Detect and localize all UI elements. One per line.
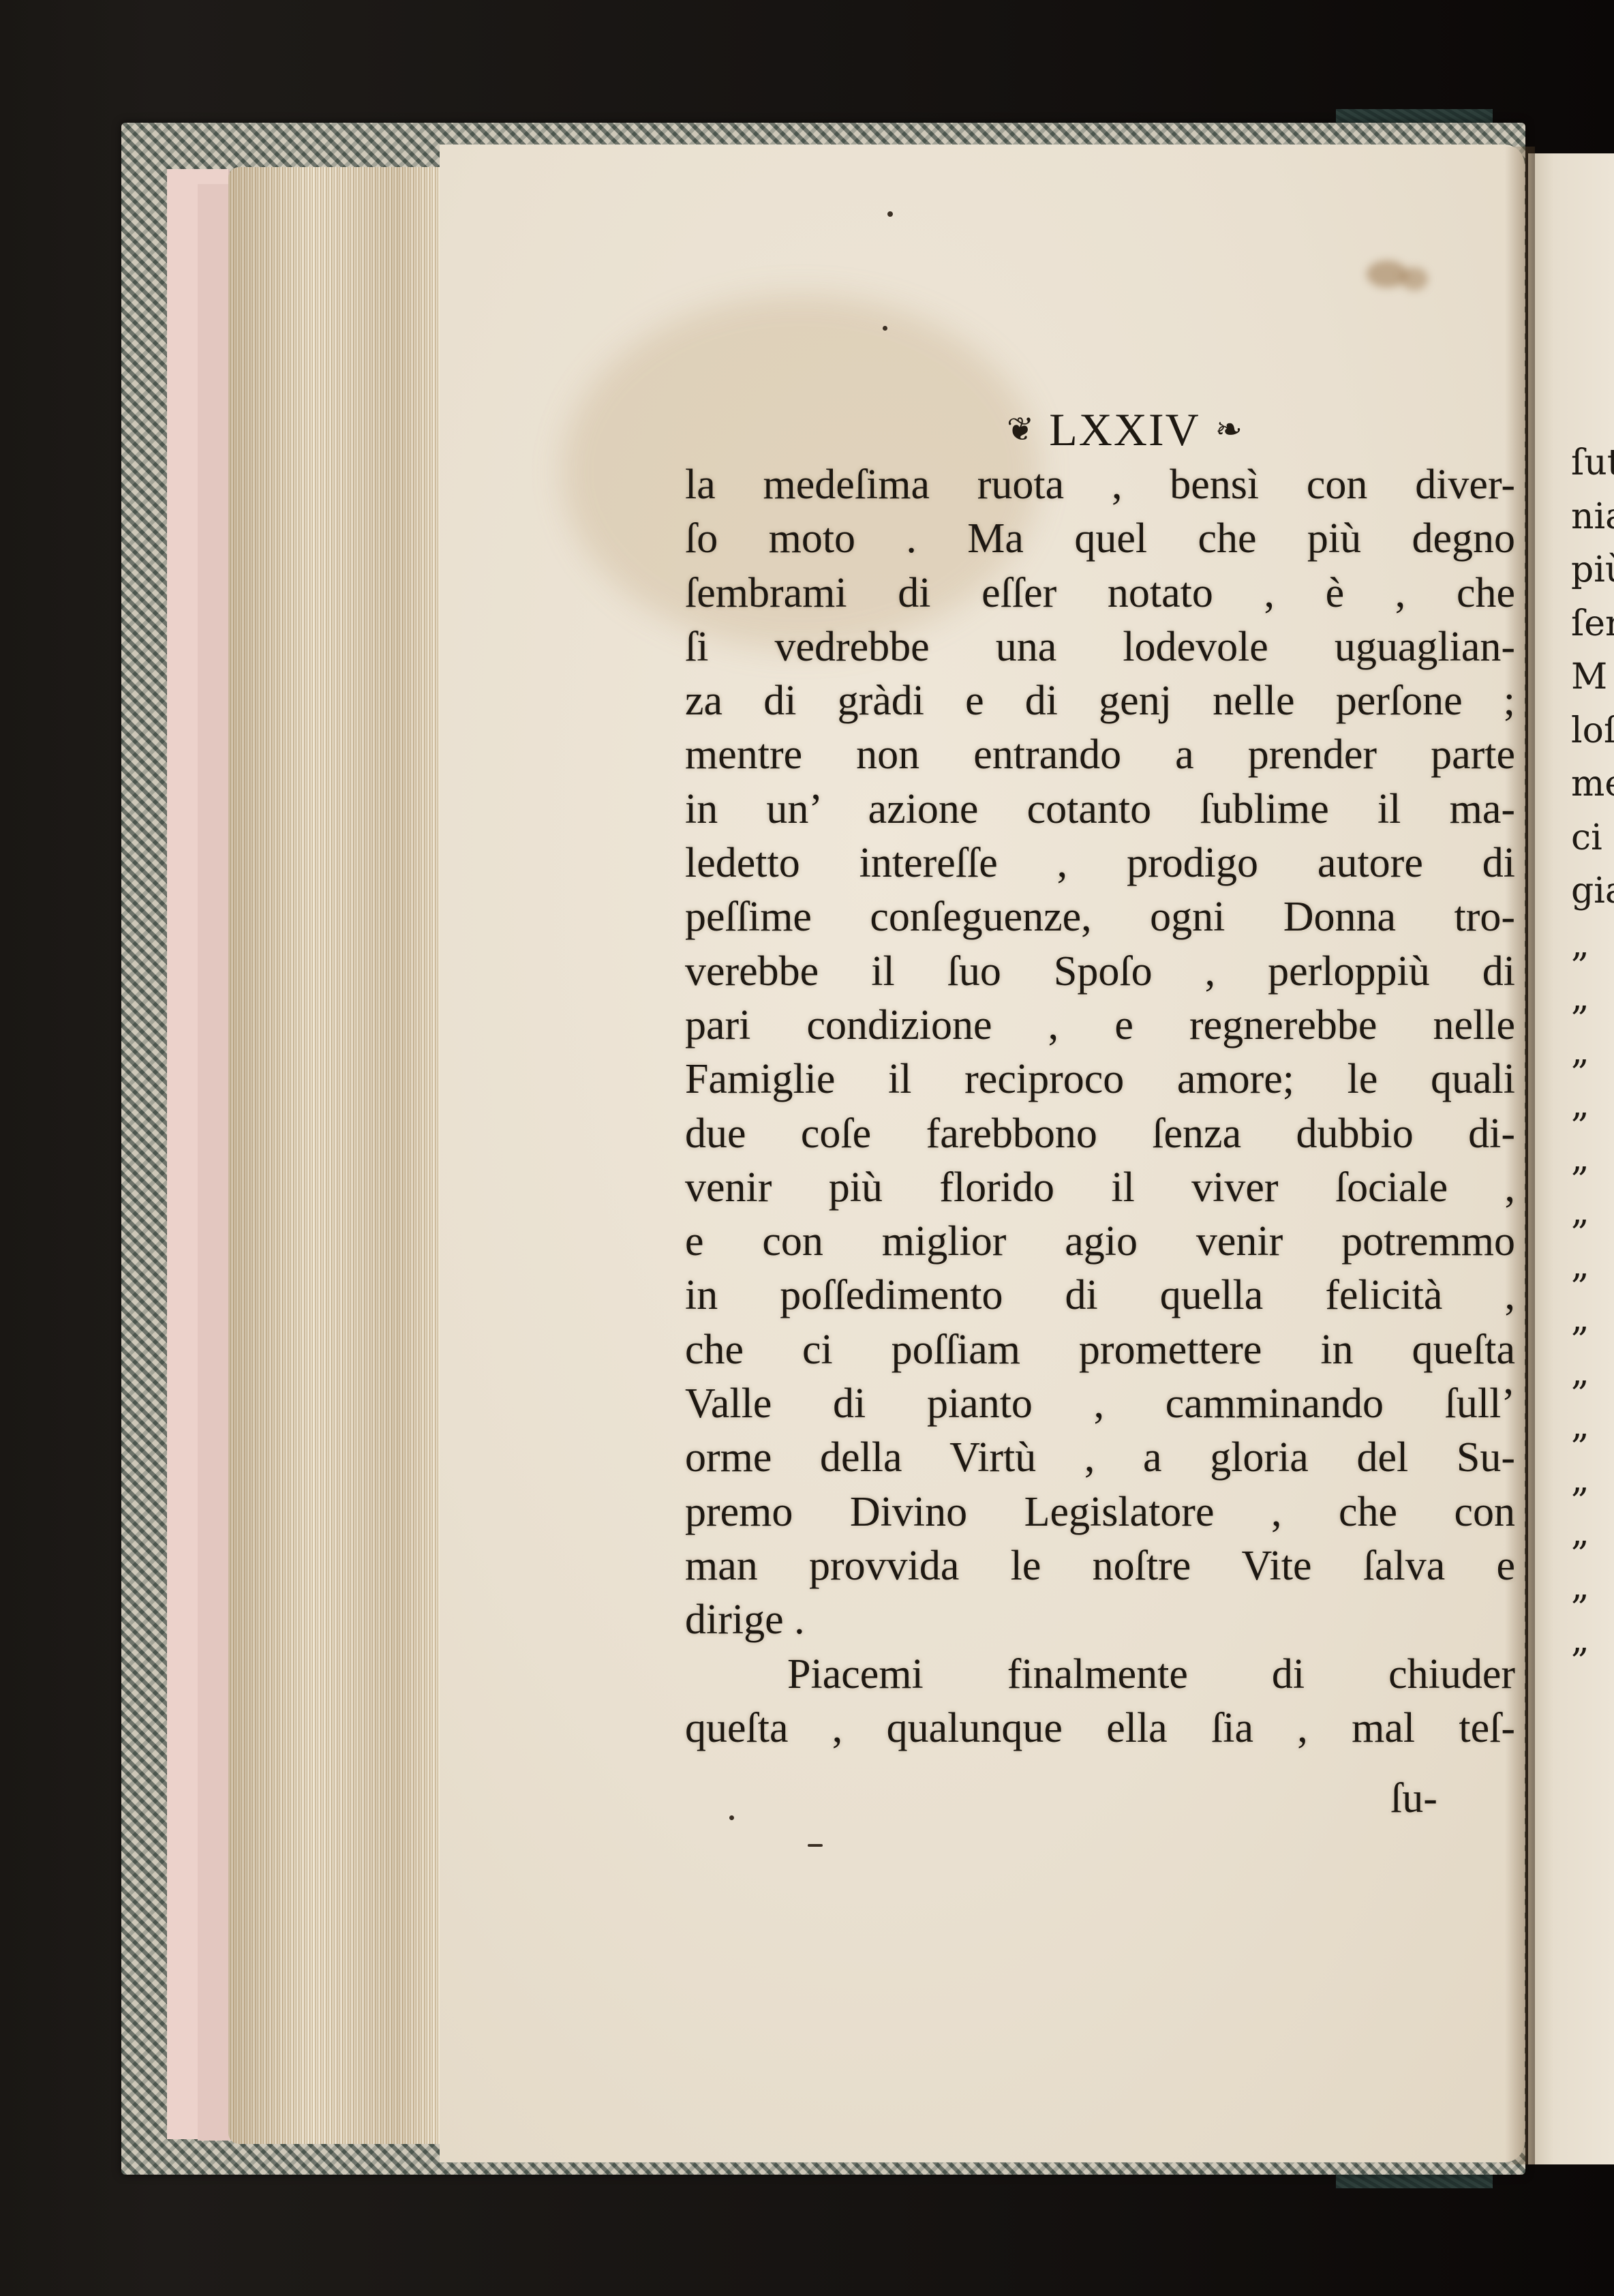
text-line: ſi vedrebbe una lodevole uguaglian- xyxy=(685,620,1515,674)
facing-line: più xyxy=(1571,543,1614,597)
facing-line: „ xyxy=(1571,971,1614,1025)
facing-line: „ xyxy=(1571,1507,1614,1560)
text-line: mentre non entrando a prender parte xyxy=(685,728,1515,782)
facing-line: „ xyxy=(1571,1560,1614,1614)
facing-line: „ xyxy=(1571,1614,1614,1667)
facing-line: „ xyxy=(1571,918,1614,972)
text-line-paragraph-end: dirige . xyxy=(685,1593,1515,1647)
facing-line: „ xyxy=(1571,1025,1614,1079)
text-line: orme della Virtù , a gloria del Su- xyxy=(685,1431,1515,1485)
text-line: man provvida le noſtre Vite ſalva e xyxy=(685,1539,1515,1593)
text-line: in un’ azione cotanto ſublime il ma- xyxy=(685,783,1515,836)
running-head: ❦ LXXIV ❧ xyxy=(947,402,1302,457)
facing-line: nia xyxy=(1571,490,1614,544)
page-number: LXXIV xyxy=(1049,403,1200,457)
paper-speck xyxy=(883,326,887,331)
text-line: venir più florido il viver ſociale , xyxy=(685,1161,1515,1215)
facing-line: „ xyxy=(1571,1185,1614,1239)
text-line: Valle di pianto , camminando ſull’ xyxy=(685,1377,1515,1431)
text-line-paragraph-start: Piacemi finalmente di chiuder xyxy=(685,1648,1515,1702)
text-line: premo Divino Legislatore , che con xyxy=(685,1485,1515,1539)
facing-line: ci xyxy=(1571,811,1614,865)
text-line: in poſſedimento di quella felicità , xyxy=(685,1269,1515,1323)
page-body-text: la medeſima ruota , bensì con diver- ſo … xyxy=(685,458,1515,1755)
page-block-shading xyxy=(228,167,440,2144)
facing-line: „ xyxy=(1571,1400,1614,1453)
text-line: ledetto intereſſe , prodigo autore di xyxy=(685,836,1515,890)
facing-line: ſer xyxy=(1571,597,1614,651)
facing-page-text: ſut nia più ſer M loſ me ci gia „ „ „ „ … xyxy=(1571,436,1614,1667)
text-line: Famiglie il reciproco amore; le quali xyxy=(685,1053,1515,1106)
paper-speck xyxy=(887,211,893,217)
facing-line: „ xyxy=(1571,1293,1614,1346)
facing-line: gia xyxy=(1571,864,1614,918)
catchword: ſu- xyxy=(1390,1774,1437,1823)
facing-line: me xyxy=(1571,757,1614,811)
text-line: queſta , qualunque ella ſia , mal teſ- xyxy=(685,1702,1515,1755)
fleuron-left-icon: ❦ xyxy=(1007,413,1034,446)
text-line: e con miglior agio venir potremmo xyxy=(685,1215,1515,1269)
paper-speck xyxy=(808,1844,823,1847)
facing-line: „ xyxy=(1571,1078,1614,1132)
facing-line: M xyxy=(1571,650,1614,704)
text-line: peſſime conſeguenze, ogni Donna tro- xyxy=(685,890,1515,944)
fleuron-right-icon: ❧ xyxy=(1215,413,1243,446)
text-line: la medeſima ruota , bensì con diver- xyxy=(685,458,1515,512)
text-line: za di gràdi e di genj nelle perſone ; xyxy=(685,674,1515,728)
paper-speck xyxy=(729,1815,734,1820)
foxing-spot xyxy=(1401,267,1428,290)
text-line: due coſe farebbono ſenza dubbio di- xyxy=(685,1107,1515,1161)
text-line: che ci poſſiam promettere in queſta xyxy=(685,1323,1515,1377)
facing-line: ſut xyxy=(1571,436,1614,490)
facing-line: „ xyxy=(1571,1132,1614,1186)
text-line: pari condizione , e regnerebbe nelle xyxy=(685,999,1515,1053)
facing-line: „ xyxy=(1571,1346,1614,1400)
text-line: verebbe il ſuo Spoſo , perloppiù di xyxy=(685,945,1515,999)
facing-line: loſ xyxy=(1571,704,1614,758)
facing-line: „ xyxy=(1571,1453,1614,1507)
facing-line: „ xyxy=(1571,1239,1614,1293)
text-line: ſo moto . Ma quel che più degno xyxy=(685,512,1515,566)
text-line: ſembrami di eſſer notato , è , che xyxy=(685,567,1515,620)
